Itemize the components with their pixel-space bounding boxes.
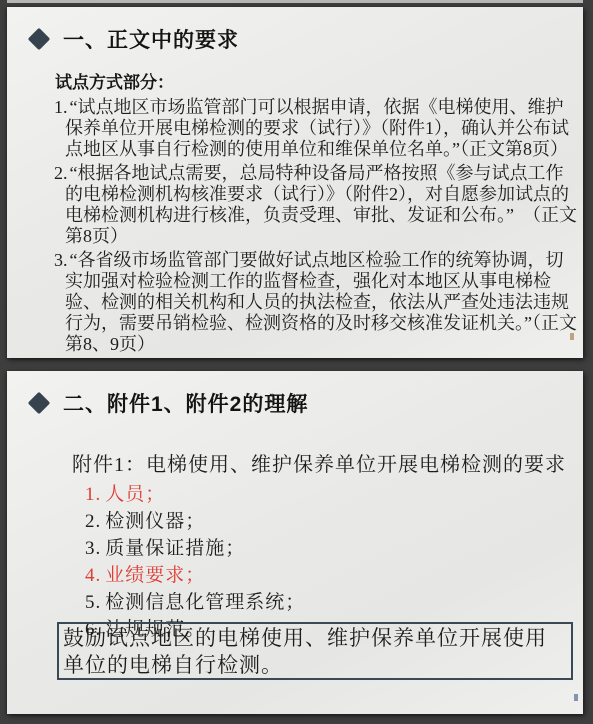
slide1-paragraph: 1.“试点地区市场监管部门可以根据申请，依据《电梯使用、维护保养单位开展电梯检测… — [54, 97, 581, 160]
item-text: 质量保证措施； — [105, 538, 245, 559]
item-number: 3. — [85, 538, 101, 559]
paragraph-text: “各省级市场监管部门要做好试点地区检验工作的统筹协调，切实加强对检验检测工作的监… — [65, 250, 577, 354]
encouragement-callout-box: 鼓励试点地区的电梯使用、维护保养单位开展使用单位的电梯自行检测。 — [57, 622, 573, 680]
slide-card-1[interactable]: 一、正文中的要求 试点方式部分： 1.“试点地区市场监管部门可以根据申请，依据《… — [7, 7, 583, 358]
item-text: 业绩要求； — [105, 565, 205, 586]
previous-slide-edge — [7, 0, 583, 3]
slide2-page-number-mark — [574, 694, 578, 701]
item-text: 检测信息化管理系统； — [105, 592, 305, 613]
item-text: 检测仪器； — [105, 511, 205, 532]
list-item: 5.检测信息化管理系统； — [85, 593, 583, 612]
slide2-title: 二、附件1、附件2的理解 — [63, 388, 308, 418]
list-item: 2.检测仪器； — [85, 512, 583, 531]
attachment1-heading: 附件1：电梯使用、维护保养单位开展电梯检测的要求 — [72, 448, 583, 477]
item-text: 人员； — [105, 484, 165, 505]
slide-viewer-page[interactable]: { "window": { "background": "#3e3e3e" },… — [0, 0, 593, 724]
slide1-paragraph: 3.“各省级市场监管部门要做好试点地区检验工作的统筹协调，切实加强对检验检测工作… — [54, 250, 581, 355]
item-number: 5. — [85, 592, 101, 613]
item-number: 4. — [85, 565, 101, 586]
slide2-title-row: 二、附件1、附件2的理解 — [7, 371, 583, 418]
diamond-bullet-icon — [28, 392, 51, 415]
diamond-bullet-icon — [28, 28, 51, 51]
slide-card-2[interactable]: 二、附件1、附件2的理解 附件1：电梯使用、维护保养单位开展电梯检测的要求 1.… — [7, 371, 583, 714]
list-item: 1.人员； — [85, 485, 583, 504]
slide1-body: 1.“试点地区市场监管部门可以根据申请，依据《电梯使用、维护保养单位开展电梯检测… — [7, 97, 583, 355]
paragraph-number: 1. — [54, 97, 68, 117]
slide1-subtitle: 试点方式部分： — [55, 68, 583, 93]
item-number: 2. — [85, 511, 101, 532]
slide1-paragraph: 2.“根据各地试点需要，总局特种设备局严格按照《参与试点工作的电梯检测机构核准要… — [54, 163, 581, 247]
list-item: 4.业绩要求； — [85, 566, 583, 585]
slide1-title: 一、正文中的要求 — [63, 24, 239, 54]
list-item: 3.质量保证措施； — [85, 539, 583, 558]
attachment1-list: 1.人员； 2.检测仪器； 3.质量保证措施； 4.业绩要求； 5.检测信息化管… — [85, 485, 583, 639]
item-number: 1. — [85, 484, 101, 505]
paragraph-number: 2. — [54, 163, 68, 183]
paragraph-text: “试点地区市场监管部门可以根据申请，依据《电梯使用、维护保养单位开展电梯检测的要… — [65, 97, 569, 159]
slide1-page-number-mark — [570, 333, 574, 340]
paragraph-text: “根据各地试点需要，总局特种设备局严格按照《参与试点工作的电梯检测机构核准要求（… — [65, 163, 577, 246]
slide1-title-row: 一、正文中的要求 — [7, 7, 583, 54]
paragraph-number: 3. — [54, 250, 68, 270]
